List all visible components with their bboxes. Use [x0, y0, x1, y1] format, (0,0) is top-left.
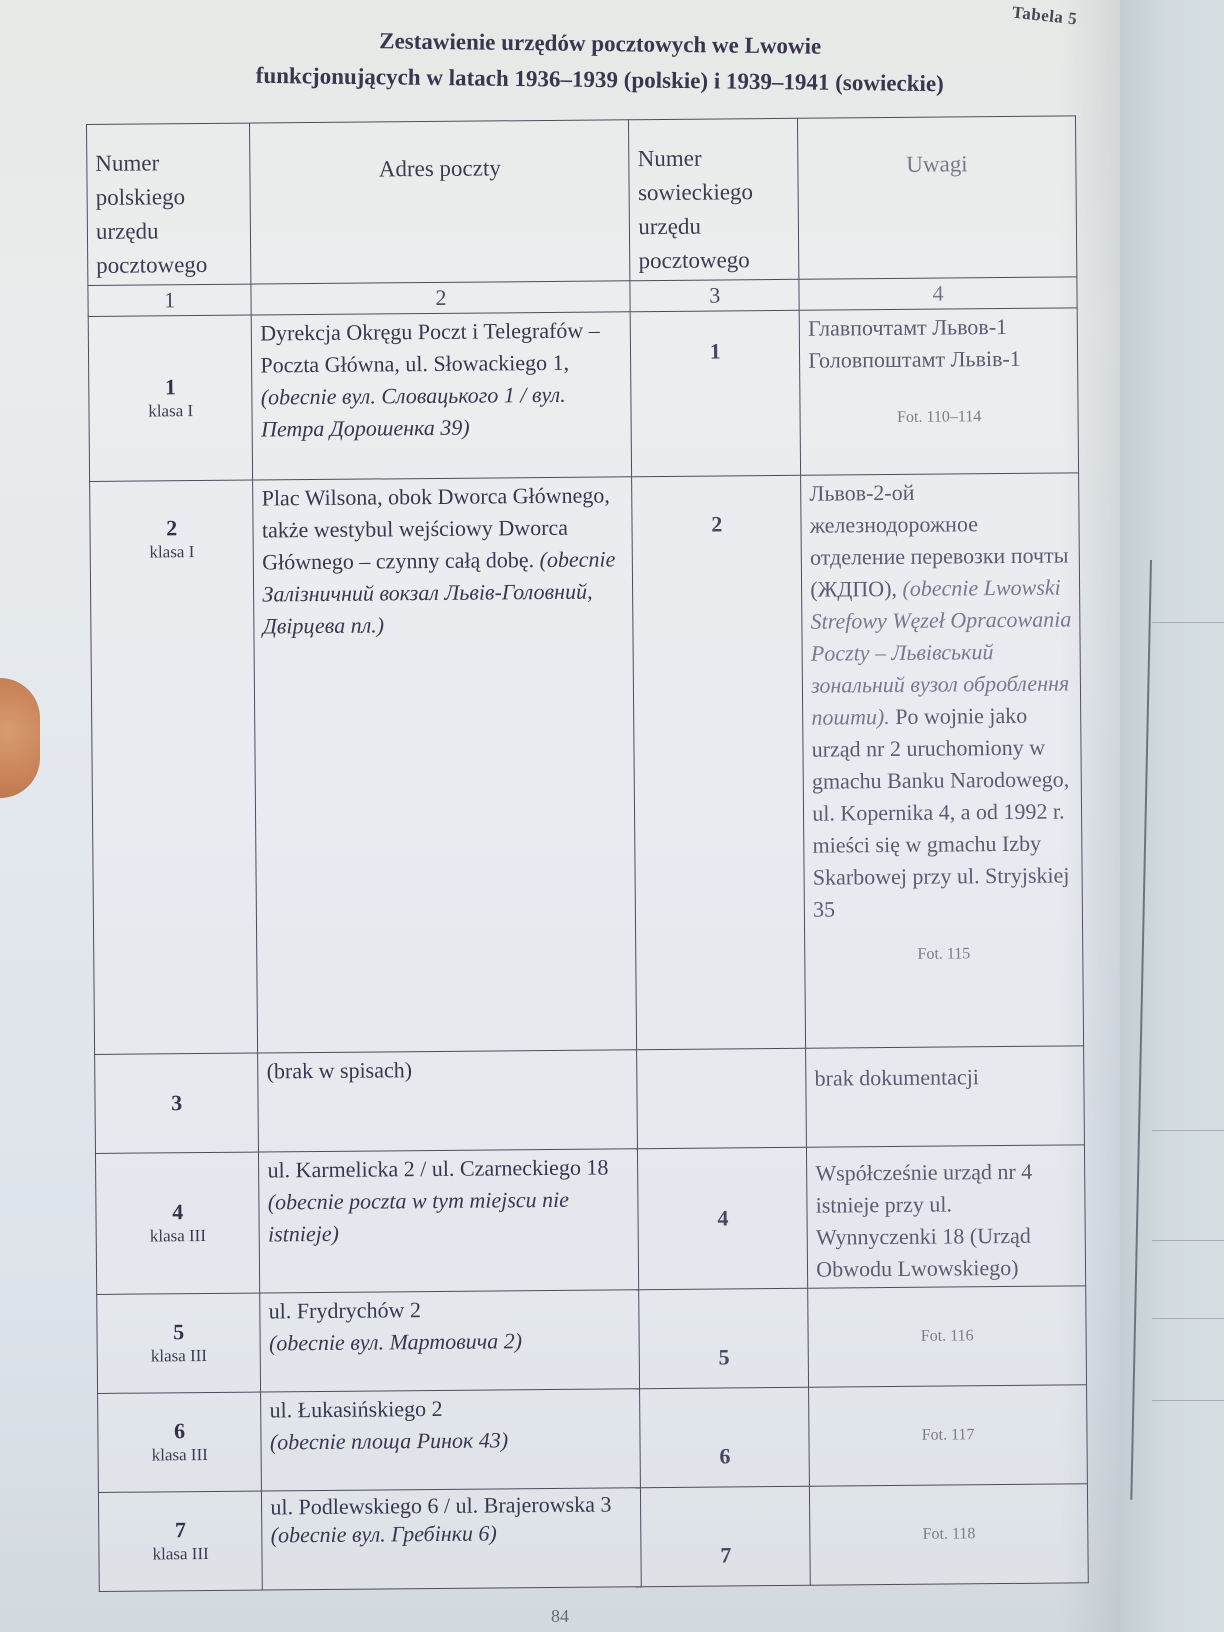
header-soviet-number: Numer sowieckiego urzędu pocztowego	[629, 118, 799, 280]
soviet-number-cell: 5	[639, 1288, 809, 1388]
header-remarks: Uwagi	[798, 116, 1077, 279]
address-note: (obecnie вул. Гребінки 6)	[271, 1518, 633, 1549]
table-header-row: Numer polskiego urzędu pocztowego Adres …	[87, 116, 1077, 286]
address-note: (obecnie площа Ринок 43)	[270, 1423, 632, 1458]
soviet-number-cell: 7	[641, 1486, 811, 1586]
column-number: 4	[799, 277, 1077, 310]
table-row: 2 klasa I Plac Wilsona, obok Dworca Głów…	[90, 473, 1084, 1055]
soviet-number-cell: 2	[632, 475, 806, 1049]
address-note: (obecnie вул. Мартовича 2)	[269, 1324, 631, 1359]
soviet-number-cell	[637, 1048, 807, 1148]
thumb-holding-page	[0, 678, 40, 798]
photo-reference: Fot. 115	[813, 937, 1074, 971]
header-address: Adres poczty	[250, 120, 630, 284]
photo-reference: Fot. 116	[817, 1319, 1078, 1353]
soviet-number: 5	[648, 1341, 800, 1374]
soviet-number: 7	[650, 1539, 802, 1572]
column-number: 2	[251, 281, 630, 315]
polish-number: 2	[98, 515, 245, 542]
table-label: Tabela 5	[1011, 3, 1078, 30]
remarks-text: brak dokumentacji	[814, 1064, 979, 1090]
document-title: Zestawienie urzędów pocztowych we Lwowie…	[150, 21, 1051, 104]
polish-number: 5	[105, 1319, 252, 1346]
remarks-text: Współcześnie urząd nr 4 istnieje przy ul…	[815, 1159, 1032, 1282]
adjacent-page-row-line	[1152, 1400, 1224, 1401]
remarks-cell: Львов-2-ой железнодорожное отделение пер…	[801, 473, 1084, 1048]
soviet-number-cell: 4	[638, 1147, 808, 1289]
polish-number-cell: 2 klasa I	[90, 480, 258, 1054]
address-text: ul. Frydrychów 2	[269, 1292, 631, 1327]
adjacent-page-row-line	[1152, 1318, 1224, 1319]
remarks-cell: brak dokumentacji	[806, 1046, 1085, 1147]
header-polish-number: Numer polskiego urzędu pocztowego	[87, 123, 252, 285]
remarks-cell: Fot. 118	[810, 1484, 1089, 1585]
polish-number-cell: 6 klasa III	[98, 1392, 262, 1492]
address-cell: (brak w spisach)	[258, 1050, 638, 1152]
adjacent-page-row-line	[1152, 1240, 1224, 1241]
adjacent-page-row-line	[1152, 622, 1224, 623]
office-class: klasa I	[99, 541, 246, 564]
office-class: klasa III	[107, 1543, 254, 1566]
address-text: Dyrekcja Okręgu Poczt i Telegrafów – Poc…	[260, 318, 600, 378]
remarks-cell: Współcześnie urząd nr 4 istnieje przy ul…	[807, 1145, 1086, 1288]
soviet-number-cell: 6	[640, 1387, 810, 1487]
address-note: (obecnie poczta w tym miejscu nie istnie…	[268, 1187, 569, 1247]
soviet-number: 1	[639, 335, 791, 368]
soviet-number-cell: 1	[631, 310, 801, 476]
polish-number-cell: 1 klasa I	[88, 315, 253, 481]
table-row: 5 klasa III ul. Frydrychów 2 (obecnie ву…	[97, 1286, 1087, 1394]
soviet-number: 4	[647, 1202, 799, 1235]
polish-number: 1	[97, 374, 244, 401]
office-class: klasa III	[106, 1345, 253, 1368]
polish-number: 7	[107, 1517, 254, 1544]
page-number: 84	[0, 1606, 1120, 1627]
address-note: (obecnie вул. Словацького 1 / вул. Петра…	[261, 382, 566, 442]
remarks-cell: Fot. 116	[808, 1286, 1087, 1387]
photo-reference: Fot. 118	[818, 1517, 1079, 1551]
address-text: ul. Karmelicka 2 / ul. Czarneckiego 18	[267, 1154, 608, 1182]
table-row: 4 klasa III ul. Karmelicka 2 / ul. Czarn…	[95, 1145, 1085, 1295]
document-page: Tabela 5 Zestawienie urzędów pocztowych …	[0, 0, 1120, 1632]
polish-number-cell: 4 klasa III	[95, 1152, 260, 1294]
polish-number: 3	[103, 1090, 250, 1117]
office-class: klasa III	[107, 1444, 254, 1467]
address-text: ul. Podlewskiego 6 / ul. Brajerowska 3	[270, 1490, 632, 1521]
soviet-number: 6	[649, 1440, 801, 1473]
adjacent-page	[1120, 0, 1224, 1632]
table-row: 1 klasa I Dyrekcja Okręgu Poczt i Telegr…	[88, 308, 1078, 482]
address-cell: Dyrekcja Okręgu Poczt i Telegrafów – Poc…	[252, 312, 632, 480]
remarks-cell: Главпочтамт Львов-1 Головпоштамт Львів-1…	[799, 308, 1078, 475]
soviet-number: 2	[641, 508, 793, 541]
address-cell: Plac Wilsona, obok Dworca Głównego, takż…	[253, 477, 637, 1053]
column-number: 3	[630, 279, 799, 311]
photo-reference: Fot. 117	[818, 1418, 1079, 1452]
table-row: 7 klasa III ul. Podlewskiego 6 / ul. Bra…	[98, 1484, 1088, 1592]
table-row: 3 (brak w spisach) brak dokumentacji	[95, 1046, 1085, 1154]
adjacent-page-row-line	[1152, 1130, 1224, 1131]
remarks-cell: Fot. 117	[809, 1385, 1088, 1486]
remarks-extra: Po wojnie jako urząd nr 2 uruchomiony w …	[812, 703, 1070, 922]
address-cell: ul. Podlewskiego 6 / ul. Brajerowska 3 (…	[262, 1488, 642, 1590]
address-cell: ul. Łukasińskiego 2 (obecnie площа Ринок…	[261, 1389, 641, 1491]
post-offices-table: Numer polskiego urzędu pocztowego Adres …	[86, 115, 1089, 1592]
office-class: klasa I	[97, 400, 244, 423]
polish-number-cell: 5 klasa III	[97, 1293, 261, 1393]
adjacent-page-table-border	[1130, 560, 1152, 1500]
address-text: (brak w spisach)	[267, 1057, 413, 1083]
office-class: klasa III	[105, 1225, 252, 1248]
address-cell: ul. Karmelicka 2 / ul. Czarneckiego 18 (…	[259, 1149, 639, 1293]
polish-number: 6	[106, 1418, 253, 1445]
address-text: ul. Łukasińskiego 2	[269, 1391, 631, 1426]
table-row: 6 klasa III ul. Łukasińskiego 2 (obecnie…	[98, 1385, 1088, 1493]
polish-number: 4	[104, 1199, 251, 1226]
remarks-text: Главпочтамт Львов-1 Головпоштамт Львів-1	[808, 314, 1021, 373]
polish-number-cell: 7 klasa III	[98, 1491, 262, 1591]
polish-number-cell: 3	[95, 1053, 259, 1153]
address-cell: ul. Frydrychów 2 (obecnie вул. Мартовича…	[260, 1290, 640, 1392]
photo-reference: Fot. 110–114	[809, 400, 1070, 434]
column-number: 1	[88, 284, 252, 316]
